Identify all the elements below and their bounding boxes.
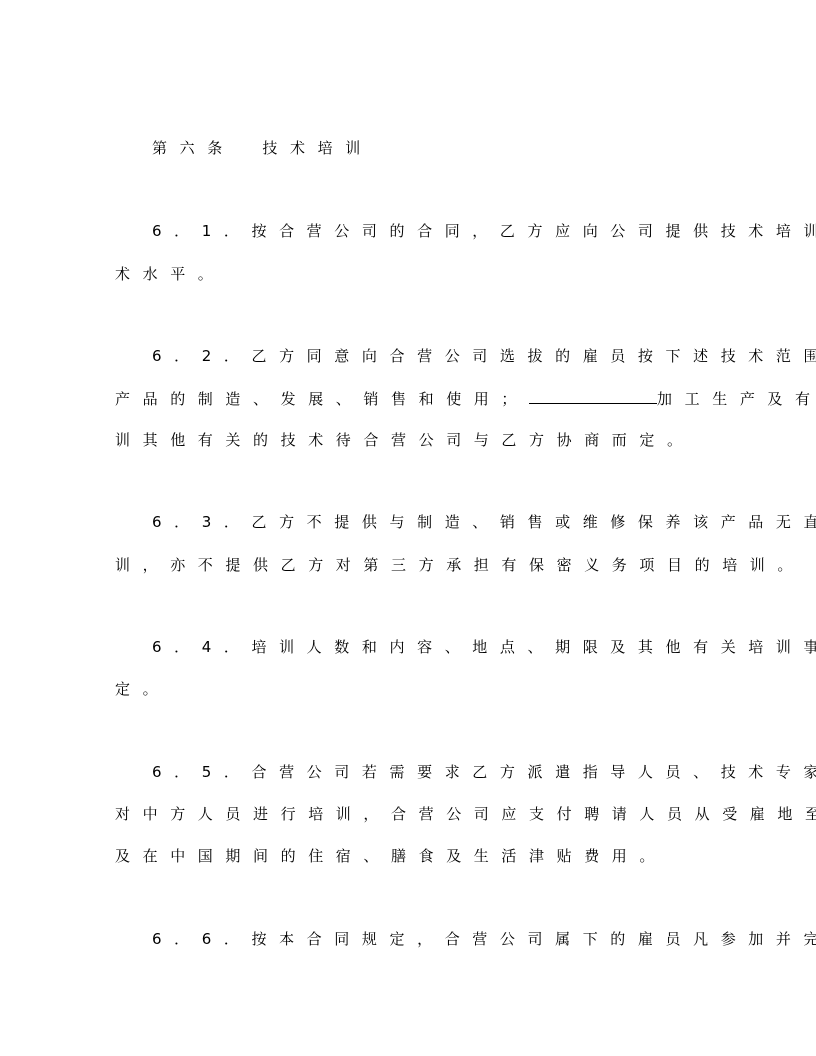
clause-6-2-text-3: 加工生产及有关工厂实习；培 (657, 390, 816, 408)
clause-6-6-line-1: 6．6．按本合同规定，合营公司属下的雇员凡参加并完成由乙方提供的培训计 (152, 929, 816, 949)
clause-6-5-line-1: 6．5．合营公司若需要求乙方派遣指导人员、技术专家及有关管理人员至中国 (152, 762, 816, 782)
section-heading: 第六条 技术培训 (152, 138, 373, 158)
clause-6-4-line-1: 6．4．培训人数和内容、地点、期限及其他有关培训事宜由合营公司与乙方商 (152, 637, 816, 657)
clause-6-1-line-2: 术水平。 (115, 264, 225, 284)
clause-6-1-line-1: 6．1．按合营公司的合同，乙方应向公司提供技术培训，为提高公司雇员的技 (152, 221, 816, 241)
clause-6-2-text-2: 产品的制造、发展、销售和使用； (115, 390, 529, 408)
clause-6-5-line-2: 对中方人员进行培训，合营公司应支付聘请人员从受雇地至合营公司的全部差旅费 (115, 804, 816, 824)
fill-in-blank-2[interactable] (529, 389, 657, 404)
clause-6-2-line-3: 训其他有关的技术待合营公司与乙方协商而定。 (115, 430, 695, 450)
clause-6-3-line-2: 训，亦不提供乙方对第三方承担有保密义务项目的培训。 (115, 555, 805, 575)
clause-6-4-line-2: 定。 (115, 679, 170, 699)
clause-6-2-line-1: 6．2．乙方同意向合营公司选拔的雇员按下述技术范围提供培训： (152, 346, 816, 366)
clause-6-5-line-3: 及在中国期间的住宿、膳食及生活津贴费用。 (115, 846, 667, 866)
clause-6-2-line-2: 产品的制造、发展、销售和使用；加工生产及有关工厂实习；培 (115, 389, 816, 409)
clause-6-2-text-1: 6．2．乙方同意向合营公司选拔的雇员按下述技术范围提供培训： (152, 347, 816, 365)
clause-6-3-line-1: 6．3．乙方不提供与制造、销售或维修保养该产品无直接关系的任何事宜的培 (152, 512, 816, 532)
